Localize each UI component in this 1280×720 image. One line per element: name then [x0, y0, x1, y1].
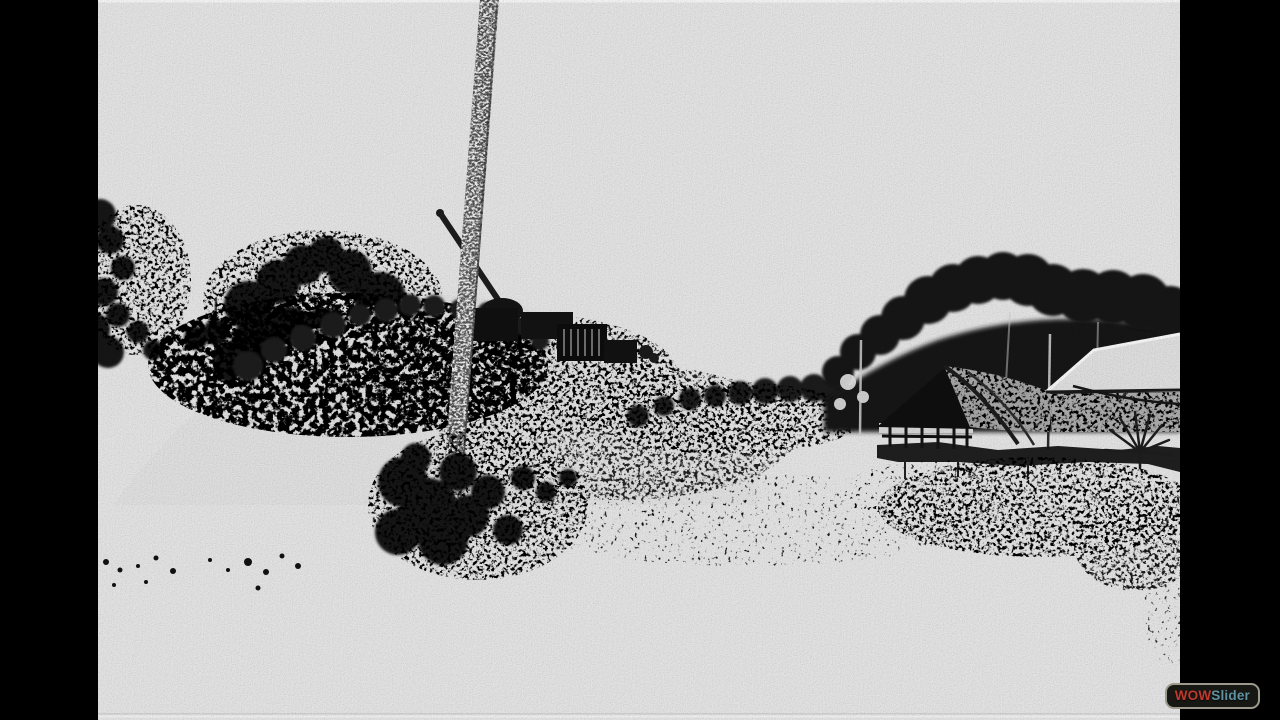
photo-scene [98, 0, 1180, 720]
slide-photo [98, 0, 1180, 720]
watermark-text-slider: Slider [1211, 689, 1250, 703]
watermark-text-wow: WOW [1175, 689, 1212, 703]
photo-grain [98, 0, 1180, 720]
wowslider-watermark-link[interactable]: WOWSlider [1165, 683, 1260, 709]
slider-stage: WOWSlider [0, 0, 1280, 720]
